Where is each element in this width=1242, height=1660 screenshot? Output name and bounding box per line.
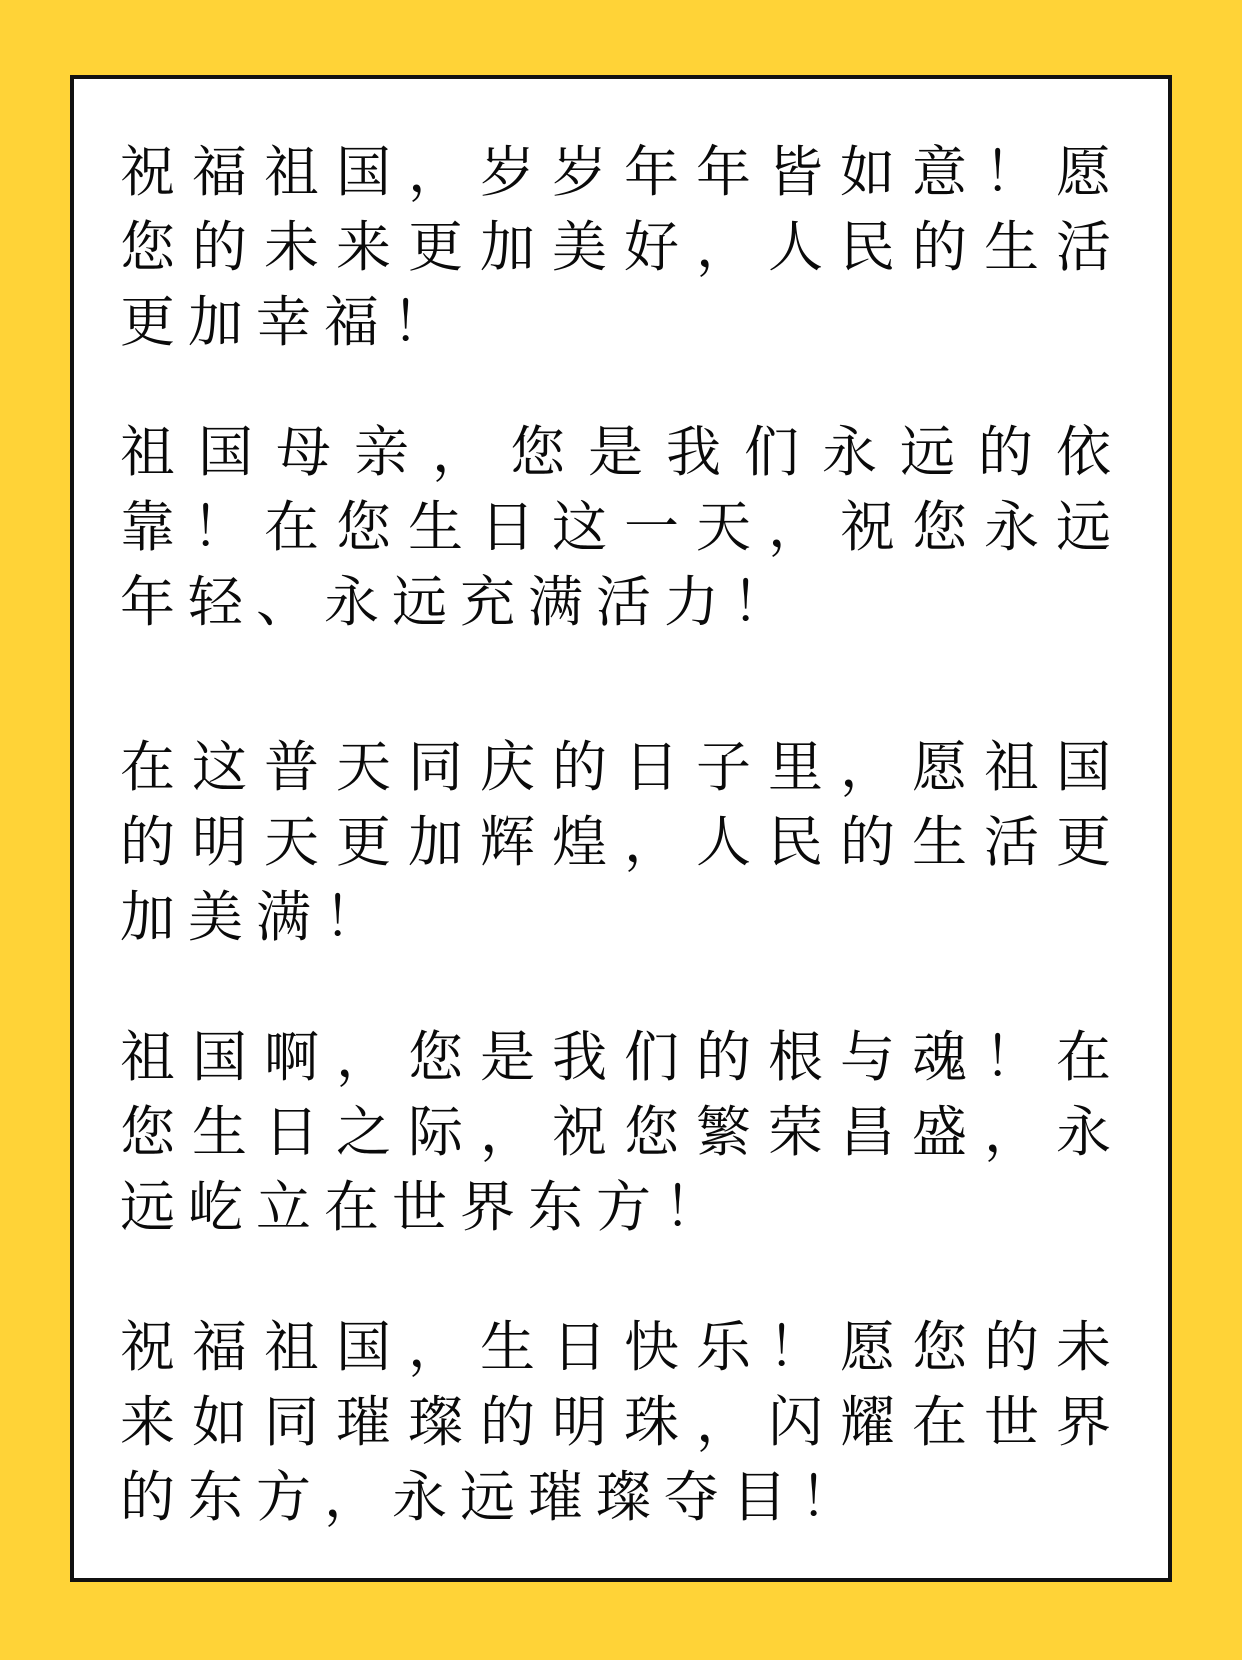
blessing-paragraph-5: 祝福祖国，生日快乐！愿您的未来如同璀璨的明珠，闪耀在世界的东方，永远璀璨夺目！ xyxy=(120,1310,1124,1535)
blessing-paragraph-3: 在这普天同庆的日子里，愿祖国的明天更加辉煌，人民的生活更加美满！ xyxy=(120,730,1124,955)
blessing-paragraph-2: 祖国母亲，您是我们永远的依靠！在您生日这一天，祝您永远年轻、永远充满活力！ xyxy=(120,415,1124,640)
blessing-paragraph-4: 祖国啊，您是我们的根与魂！在您生日之际，祝您繁荣昌盛，永远屹立在世界东方！ xyxy=(120,1020,1124,1245)
page-background: 祝福祖国，岁岁年年皆如意！愿您的未来更加美好，人民的生活更加幸福！ 祖国母亲，您… xyxy=(0,0,1242,1660)
blessing-text-card: 祝福祖国，岁岁年年皆如意！愿您的未来更加美好，人民的生活更加幸福！ 祖国母亲，您… xyxy=(70,75,1172,1582)
blessing-paragraph-1: 祝福祖国，岁岁年年皆如意！愿您的未来更加美好，人民的生活更加幸福！ xyxy=(120,135,1124,360)
